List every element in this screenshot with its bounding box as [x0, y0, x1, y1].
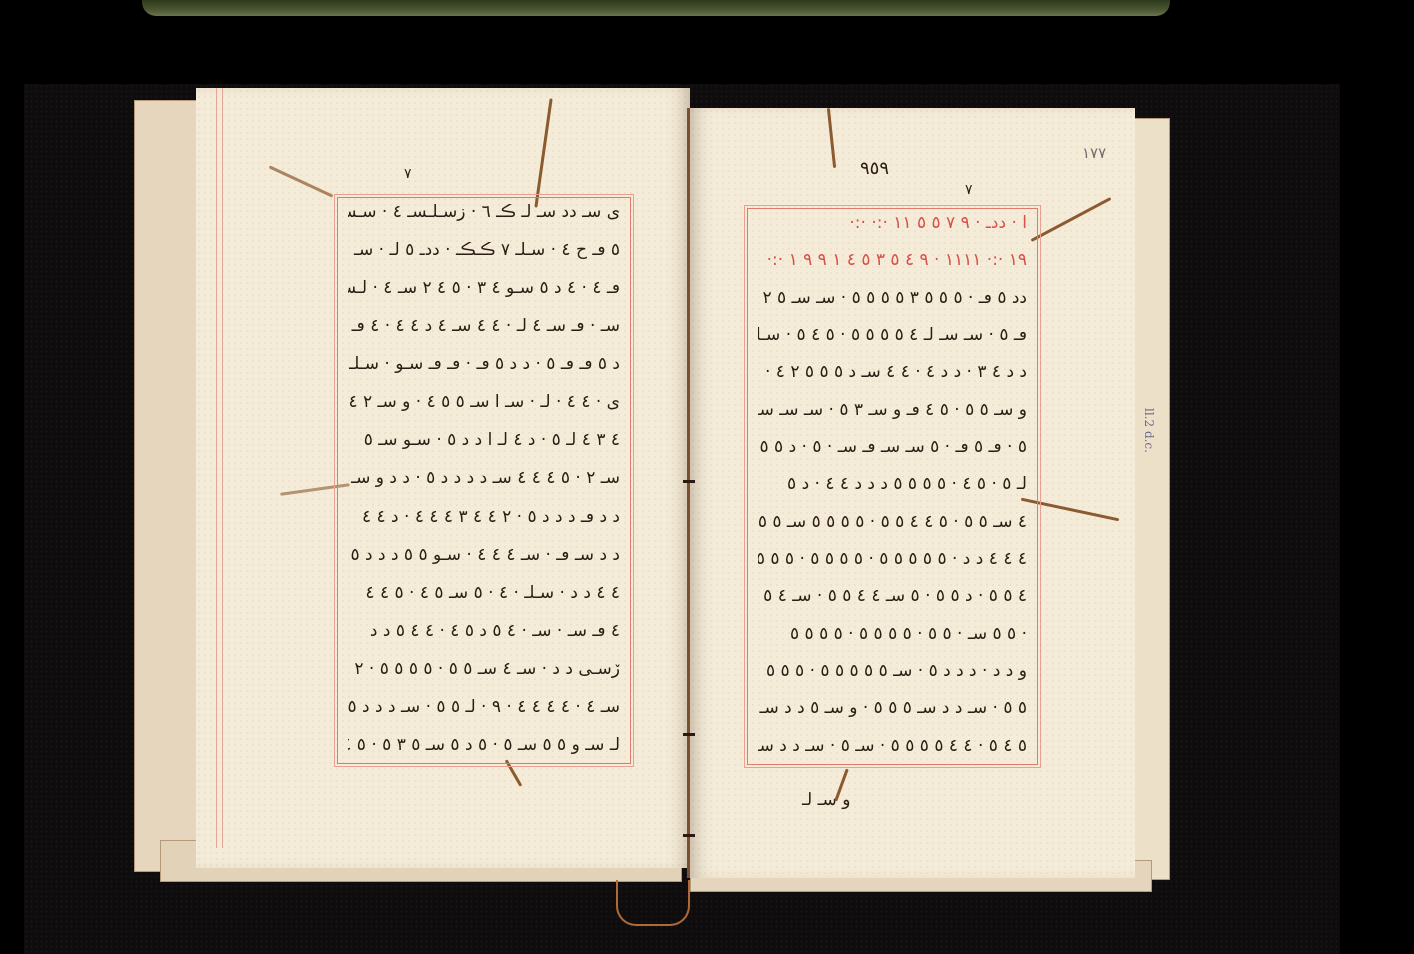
- top-light-bar: [142, 0, 1170, 16]
- text-line: ى · ٤ ٤ · لـ · سـ ا سـ ٥ ٥ ٤ · و سـ ٢ ٤ …: [348, 392, 620, 414]
- left-page-top-mark: ٧: [404, 166, 412, 182]
- text-line: ٤ ٤ د د · سـلـ · ٤ · ٥ سـ ٥ ٤ · ٥ ٤ ٤: [348, 583, 620, 605]
- binding-stitch: [683, 480, 695, 483]
- text-line: ٥ ٤ ٥ · ٤ ٤ ٥ ٥ ٥ ٥ · سـ ٥ · سـ د د سـ ل…: [758, 736, 1027, 758]
- binding-stitch: [683, 733, 695, 736]
- right-page-stack-edge: [1130, 118, 1170, 880]
- catchword: و سـ لـ: [802, 790, 850, 810]
- pencil-shelf-note: ll.2 d.c.: [1142, 408, 1156, 453]
- text-line: دد ٥ ڡـ · ٥ ٥ ٥ ٣ ٥ ٥ ٥ ٥ · سـ سـ ٥ ٢: [758, 288, 1027, 310]
- worm-track: [827, 108, 836, 168]
- text-line: ٥ · ڡـ ٥ ڡـ · ٥ سـ سـ ڡـ سـ · ٥ · د ٥ ٥ …: [758, 437, 1027, 459]
- text-line: ٤ ٥ ٥ · د ٥ ٥ · ٥ سـ ٤ ٤ ٥ ٥ · سـ ٤ ٥ ٥: [758, 586, 1027, 608]
- text-line: د د سـ ڡـ · سـ ٤ ٤ ٤ · سـو ٥ ٥ د د د ٥ ٥…: [348, 545, 620, 567]
- text-line: ٤ ڡـ سـ · سـ · ٤ ٥ د ٥ ٤ · ٤ ٤ ٥ د د: [348, 621, 620, 643]
- worm-track: [534, 98, 552, 207]
- text-line: لـ سـ و ٥ ٥ سـ ٥ · ٥ د ٥ سـ ٥ ٣ ٥ · ٥ ٤ …: [348, 735, 620, 757]
- right-text-block: ا · ددـ · ٩ ٧ ٥ ٥ ١١ ·:· ·:· ١٩ ·:· ١١١١…: [758, 213, 1027, 758]
- binding-stitch: [683, 834, 695, 837]
- text-line: ڡـ ٥ · سـ سـ لـ ٤ ٥ ٥ ٥ ٥ · ٥ ٤ ٥ · سـلـ: [758, 325, 1027, 347]
- text-line: ڡـ ٤ · ٤ د ٥ سـو ٤ ٣ · ٥ ٤ ٢ سـ ٤ · لـسـ…: [348, 278, 620, 300]
- text-line: د ٥ ڡـ ڡـ ٥ · د د ٥ ڡـ · ڡـ ڡـ سـو · سـل…: [348, 354, 620, 376]
- text-line: لـ ٥ · ٥ ٤ · ٥ ٥ ٥ ٥ د د د ٤ ٤ · د ٥: [758, 474, 1027, 496]
- rubric-line: ا · ددـ · ٩ ٧ ٥ ٥ ١١ ·:· ·:·: [758, 213, 1027, 235]
- left-margin-rule: [216, 88, 217, 848]
- worm-track: [1031, 197, 1112, 242]
- book-spine: [687, 108, 690, 878]
- loose-binding-thread: [616, 880, 690, 926]
- text-line: سـ · ڡـ سـ ٤ لـ · ٤ ٤ سـ ٤ د ٤ ٤ · ٤ ڡـ …: [348, 316, 620, 338]
- text-line: ڒسـى د د · سـ ٤ سـ ٥ ٥ · ٥ ٥ ٥ ٥ · ٢ د: [348, 659, 620, 681]
- text-line: سـ ٤ · ٤ ٤ ٤ ٤ · ٩ · لـ ٥ ٥ · سـ د د د ٥: [348, 697, 620, 719]
- text-line: ٥ ٥ · سـ د د سـ ٥ ٥ ٥ · و سـ ٥ د د سـ د …: [758, 698, 1027, 720]
- text-line: ٤ ٤ ٤ د د · ٥ ٥ ٥ ٥ ٥ · ٥ ٥ ٥ ٥ · ٥ ٥ ٥ …: [758, 549, 1027, 571]
- text-line: ى سـ دد سـ لـ ڪـ ٦ · زسـلـسـ ٤ · سـسـصـ …: [348, 202, 620, 224]
- text-line: و د د · د د د ٥ · سـ ٥ ٥ ٥ ٥ ٥ · ٥ ٥ ٥: [758, 661, 1027, 683]
- left-margin-rule-2: [222, 88, 223, 848]
- worm-track: [269, 165, 334, 197]
- left-text-block: ى سـ دد سـ لـ ڪـ ٦ · زسـلـسـ ٤ · سـسـصـ …: [348, 202, 620, 757]
- right-page-top-mark: ٧: [965, 182, 973, 198]
- text-line: و سـ ٥ ٥ · ٥ ٤ ڡـ و سـ ٣ ٥ · سـ سـ سـ ٤ …: [758, 400, 1027, 422]
- text-line: سـ ٢ · ٥ ٤ ٤ ٤ سـ د د د د ٥ · د د و سـ ڡ…: [348, 468, 620, 490]
- text-line: · ٥ ٥ سـ · ٥ ٥ · ٥ ٥ ٥ ٥ · ٥ ٥ ٥ ٥: [758, 624, 1027, 646]
- text-line: د د ٤ ٣ · د د ٤ · ٤ ٤ سـ د ٥ ٥ ٥ ٢ ٤ · ا…: [758, 362, 1027, 384]
- text-line: د د ڡـ د د د ٥ · ٢ ٤ ٤ ٣ ٤ ٤ ٤ · د ٤ ٤: [348, 507, 620, 529]
- text-line: ٥ ڡـ ح ٤ · سـلـ ٧ ڪـڪـ · ددـ ٥ لـ · سـ ا…: [348, 240, 620, 262]
- folio-number: ٩٥٩: [860, 158, 889, 179]
- right-text-frame: ا · ددـ · ٩ ٧ ٥ ٥ ١١ ·:· ·:· ١٩ ·:· ١١١١…: [747, 208, 1038, 765]
- rubric-line: ١٩ ·:· ١١١١ · ٩ ٤ ٥ ٣ ٥ ٤ ١ ٩ ٩ ١ ·:·: [758, 250, 1027, 272]
- corner-folio-number: ١٧٧: [1082, 144, 1106, 162]
- text-line: ٤ سـ ٥ ٥ · ٥ ٤ ٤ ٥ ٥ · ٥ ٥ ٥ ٥ سـ ٥ ٥ ٤: [758, 512, 1027, 534]
- left-text-frame: ى سـ دد سـ لـ ڪـ ٦ · زسـلـسـ ٤ · سـسـصـ …: [337, 197, 631, 764]
- text-line: ٤ ٣ ٤ لـ ٥ · د ٤ لـ ا د د ٥ · سـو سـ ٥: [348, 430, 620, 452]
